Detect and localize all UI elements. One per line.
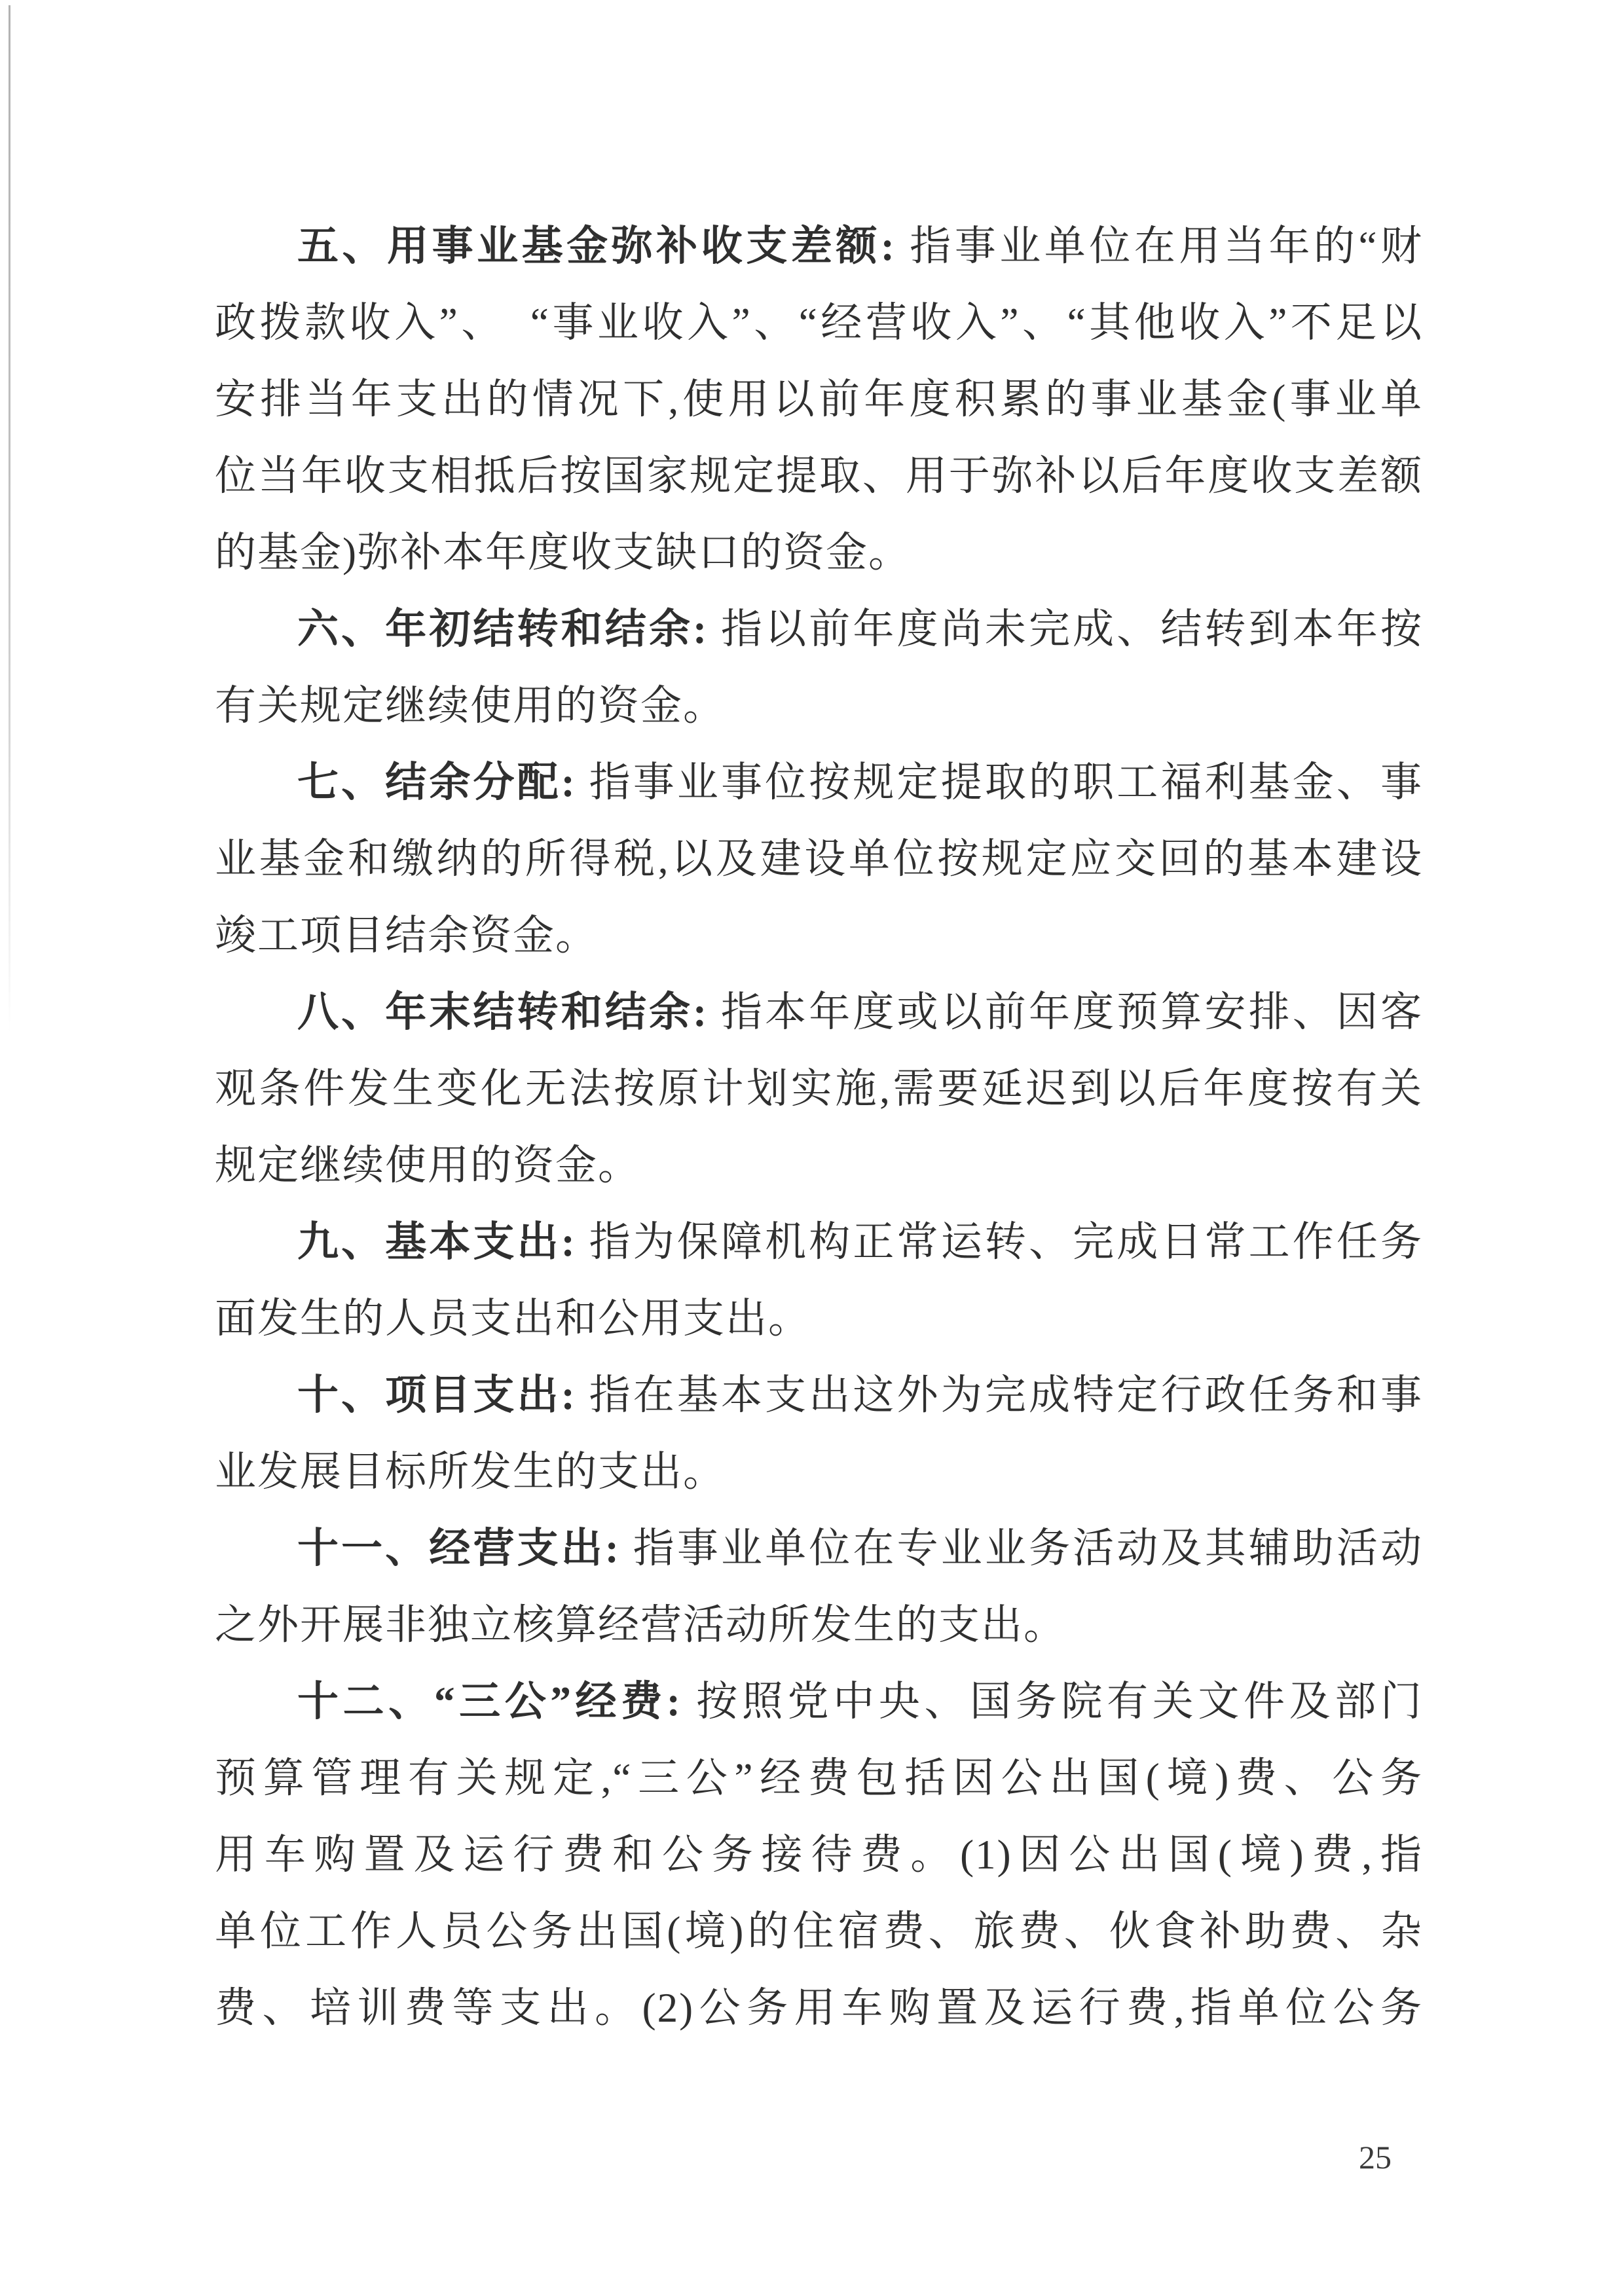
term-heading: 五、用事业基金弥补收支差额:	[297, 223, 896, 269]
text-line: 用车购置及运行费和公务接待费。(1)因公出国(境)费,指	[215, 1817, 1423, 1893]
text-line: 十、项目支出: 指在基本支出这外为完成特定行政任务和事	[215, 1357, 1423, 1434]
scan-edge-artifact	[9, 5, 10, 1033]
term-heading: 六、年初结转和结余:	[297, 606, 708, 652]
text-line: 七、结余分配: 指事业事位按规定提取的职工福利基金、事	[215, 744, 1423, 821]
text-line: 业发展目标所发生的支出。	[215, 1434, 1423, 1510]
document-body: 五、用事业基金弥补收支差额: 指事业单位在用当年的“财政拨款收入”、 “事业收入…	[215, 208, 1423, 2047]
text-line: 五、用事业基金弥补收支差额: 指事业单位在用当年的“财	[215, 208, 1423, 285]
text-line: 六、年初结转和结余: 指以前年度尚未完成、结转到本年按	[215, 591, 1423, 668]
text-line: 八、年末结转和结余: 指本年度或以前年度预算安排、因客	[215, 974, 1423, 1051]
text-line: 的基金)弥补本年度收支缺口的资金。	[215, 515, 1423, 591]
term-heading: 十二、“三公”经费:	[297, 1679, 682, 1724]
text-line: 预算管理有关规定,“三公”经费包括因公出国(境)费、公务	[215, 1740, 1423, 1817]
term-heading: 九、基本支出:	[297, 1219, 576, 1265]
text-line: 业基金和缴纳的所得税,以及建设单位按规定应交回的基本建设	[215, 821, 1423, 898]
term-heading: 七、结余分配:	[297, 759, 576, 805]
page-number: 25	[1336, 2138, 1414, 2176]
text-line: 位当年收支相抵后按国家规定提取、用于弥补以后年度收支差额	[215, 438, 1423, 515]
text-line: 费、培训费等支出。(2)公务用车购置及运行费,指单位公务	[215, 1970, 1423, 2047]
text-line: 九、基本支出: 指为保障机构正常运转、完成日常工作任务	[215, 1204, 1423, 1281]
term-heading: 十一、经营支出:	[297, 1525, 620, 1571]
text-line: 政拨款收入”、 “事业收入”、“经营收入”、“其他收入”不足以	[215, 285, 1423, 361]
text-line: 竣工项目结余资金。	[215, 898, 1423, 974]
text-line: 单位工作人员公务出国(境)的住宿费、旅费、伙食补助费、杂	[215, 1893, 1423, 1970]
text-line: 十一、经营支出: 指事业单位在专业业务活动及其辅助活动	[215, 1510, 1423, 1587]
text-line: 面发生的人员支出和公用支出。	[215, 1281, 1423, 1357]
text-line: 之外开展非独立核算经营活动所发生的支出。	[215, 1587, 1423, 1664]
text-line: 规定继续使用的资金。	[215, 1127, 1423, 1204]
document-page: 五、用事业基金弥补收支差额: 指事业单位在用当年的“财政拨款收入”、 “事业收入…	[0, 0, 1624, 2296]
text-line: 安排当年支出的情况下,使用以前年度积累的事业基金(事业单	[215, 361, 1423, 438]
text-line: 十二、“三公”经费: 按照党中央、国务院有关文件及部门	[215, 1664, 1423, 1740]
text-line: 观条件发生变化无法按原计划实施,需要延迟到以后年度按有关	[215, 1051, 1423, 1127]
text-line: 有关规定继续使用的资金。	[215, 668, 1423, 744]
term-heading: 十、项目支出:	[297, 1372, 576, 1418]
term-heading: 八、年末结转和结余:	[297, 989, 708, 1035]
